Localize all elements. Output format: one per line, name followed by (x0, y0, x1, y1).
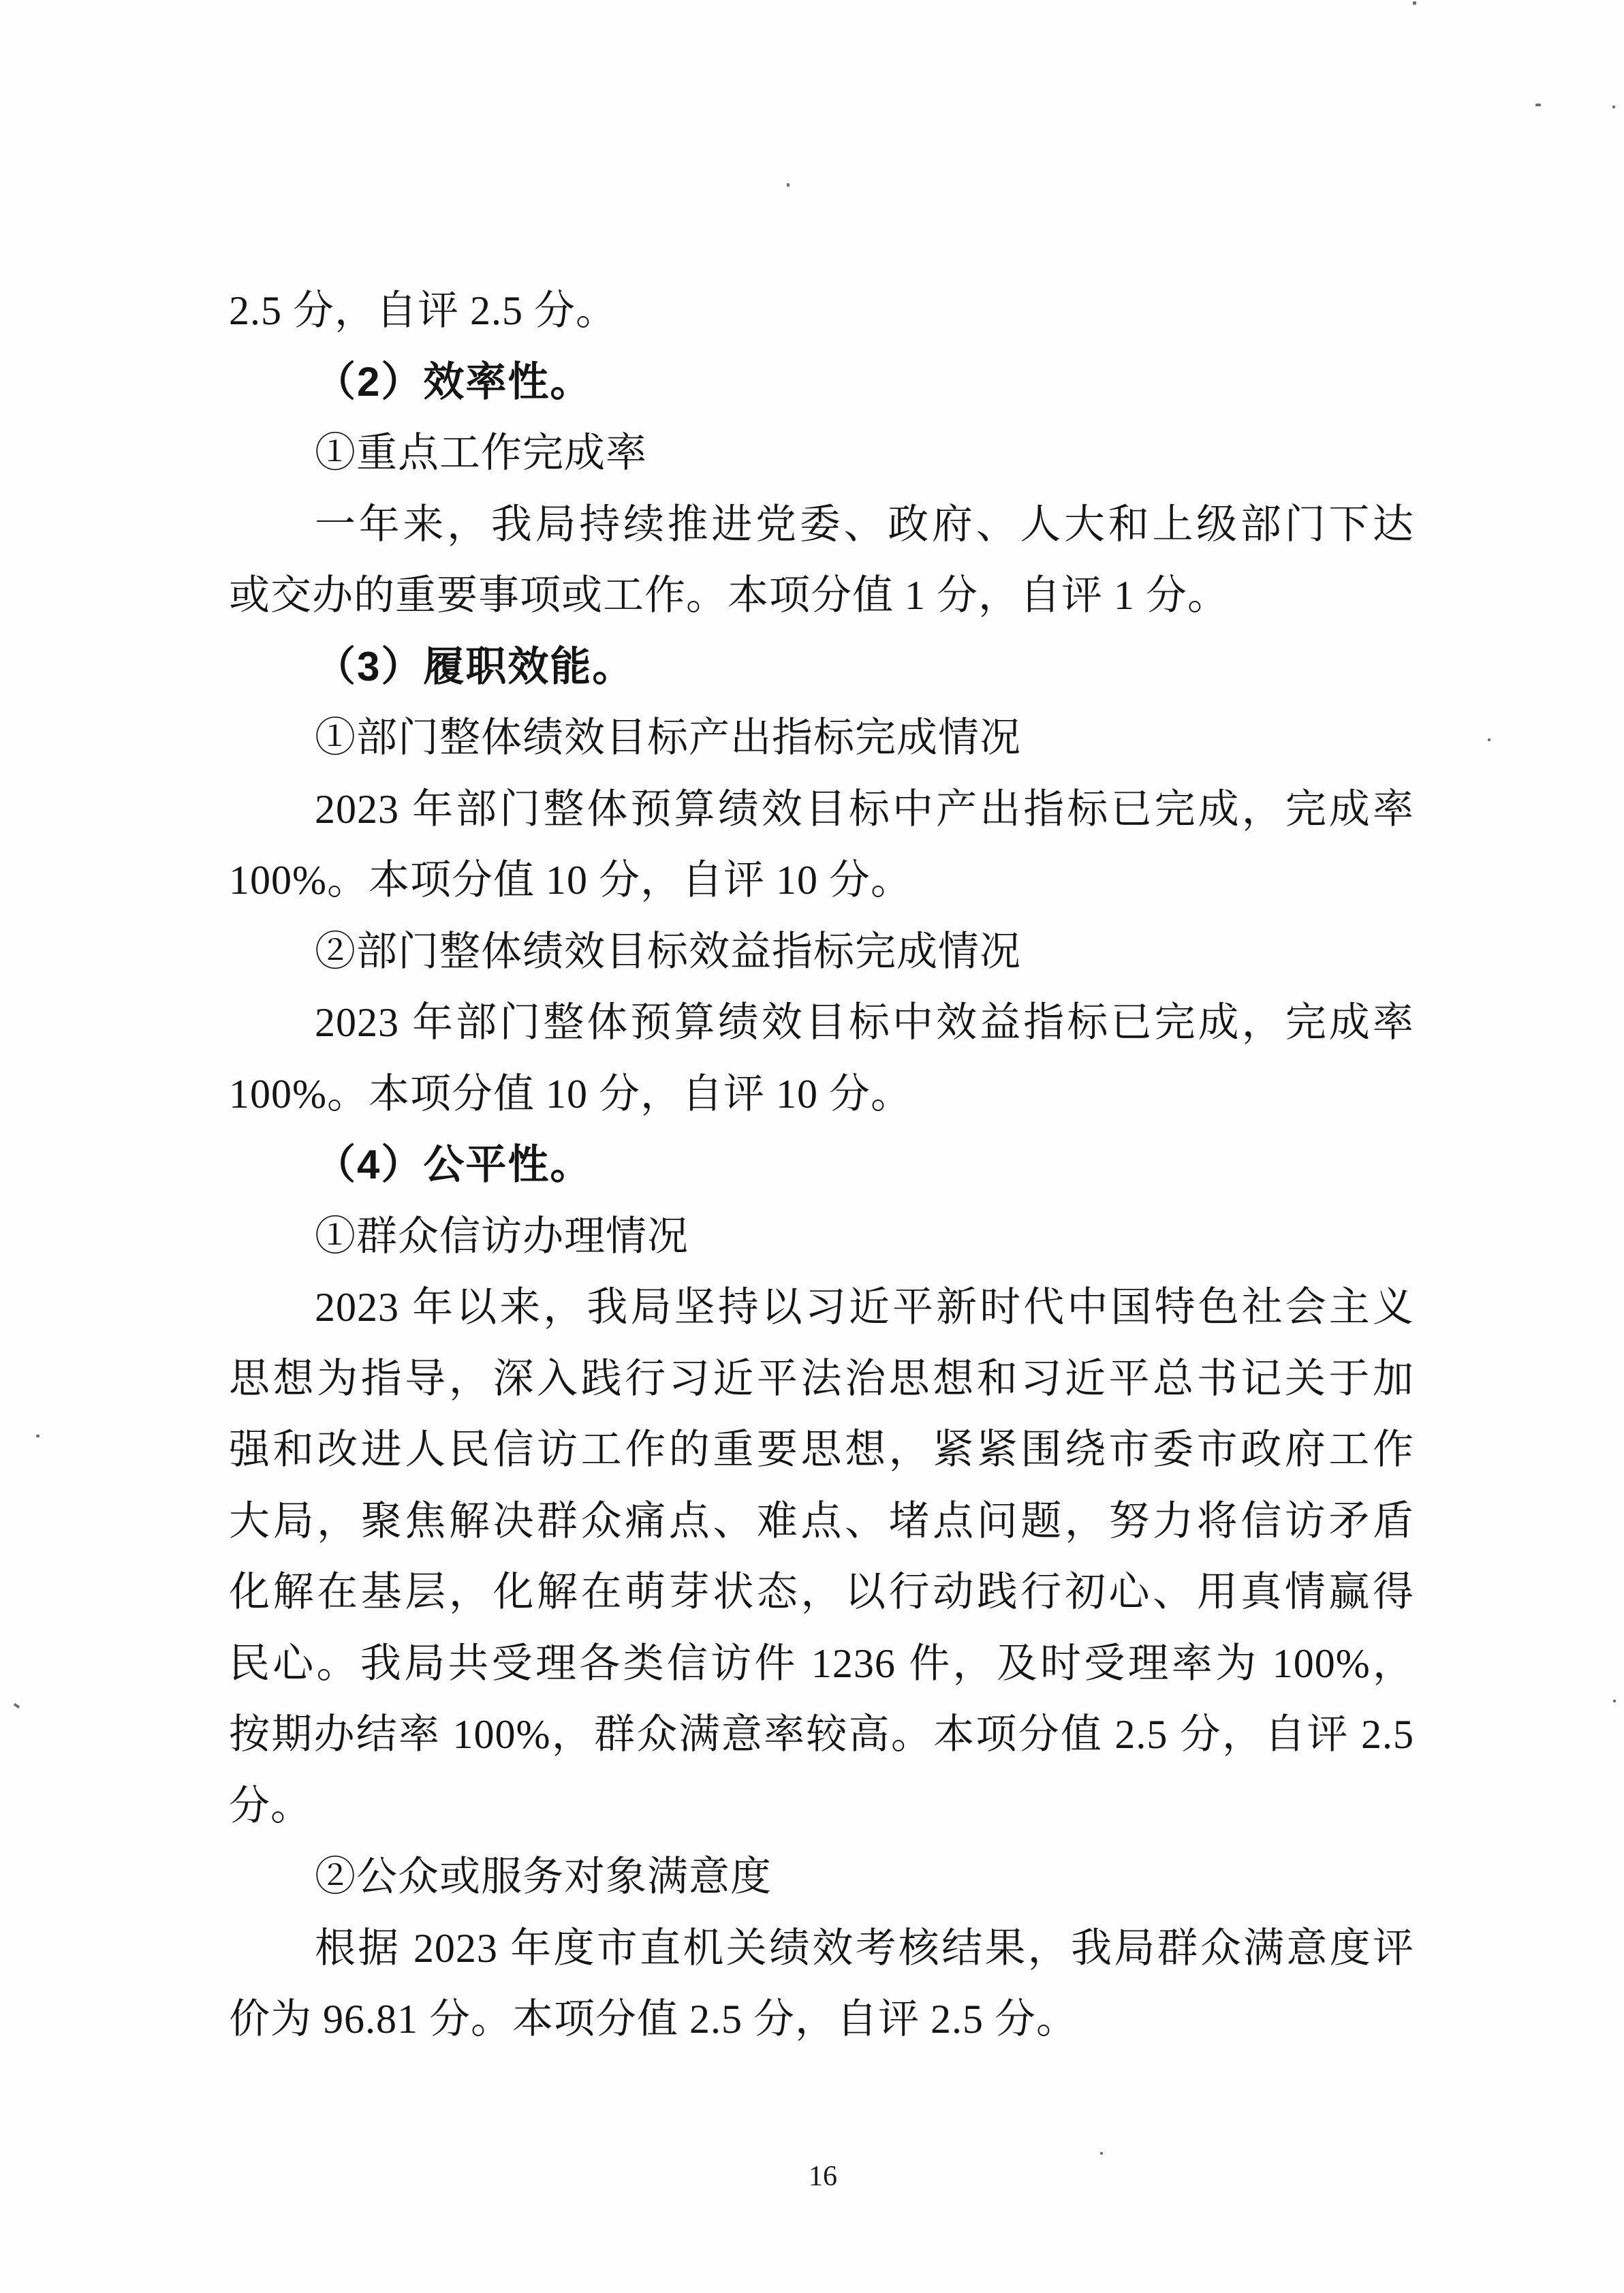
text-line: ②部门整体绩效目标效益指标完成情况 (229, 916, 1414, 988)
heading-fairness: （4）公平性。 (229, 1129, 1414, 1201)
text-line: ①部门整体绩效目标产出指标完成情况 (229, 702, 1414, 774)
text-line: ②公众或服务对象满意度 (229, 1841, 1414, 1913)
scan-speckle (36, 1435, 40, 1437)
heading-duty-performance: （3）履职效能。 (229, 631, 1414, 703)
text-line: 2023 年以来，我局坚持以习近平新时代中国特色社会主义 (229, 1272, 1414, 1343)
text-line: 或交办的重要事项或工作。本项分值 1 分，自评 1 分。 (229, 560, 1414, 631)
text-line: ①重点工作完成率 (229, 418, 1414, 489)
text-line: 2023 年部门整体预算绩效目标中效益指标已完成，完成率 (229, 987, 1414, 1059)
text-line: 强和改进人民信访工作的重要思想，紧紧围绕市委市政府工作 (229, 1414, 1414, 1486)
text-line: 100%。本项分值 10 分，自评 10 分。 (229, 1059, 1414, 1130)
text-line: 思想为指导，深入践行习近平法治思想和习近平总书记关于加 (229, 1343, 1414, 1415)
text-line: 2023 年部门整体预算绩效目标中产出指标已完成，完成率 (229, 774, 1414, 845)
scan-speckle (1488, 738, 1490, 741)
scan-speckle (1612, 106, 1615, 108)
text-line: ①群众信访办理情况 (229, 1201, 1414, 1273)
text-line: 100%。本项分值 10 分，自评 10 分。 (229, 845, 1414, 916)
text-line: 大局，聚焦解决群众痛点、难点、堵点问题，努力将信访矛盾 (229, 1486, 1414, 1557)
text-line: 按期办结率 100%，群众满意率较高。本项分值 2.5 分，自评 2.5 (229, 1699, 1414, 1771)
scan-speckle (1535, 104, 1541, 106)
text-line: 根据 2023 年度市直机关绩效考核结果，我局群众满意度评 (229, 1913, 1414, 1984)
scan-speckle (1413, 1, 1416, 5)
text-line: 民心。我局共受理各类信访件 1236 件，及时受理率为 100%， (229, 1628, 1414, 1700)
text-line: 分。 (229, 1771, 1414, 1842)
document-page: 2.5 分，自评 2.5 分。 （2）效率性。 ①重点工作完成率 一年来，我局持… (0, 0, 1624, 2293)
text-line: 2.5 分，自评 2.5 分。 (229, 275, 1414, 347)
scan-speckle (787, 183, 790, 187)
page-number: 16 (11, 2153, 1624, 2200)
text-line: 化解在基层，化解在萌芽状态，以行动践行初心、用真情赢得 (229, 1557, 1414, 1628)
text-line: 价为 96.81 分。本项分值 2.5 分，自评 2.5 分。 (229, 1984, 1414, 2055)
scan-speckle (1613, 1700, 1616, 1702)
text-line: 一年来，我局持续推进党委、政府、人大和上级部门下达 (229, 489, 1414, 561)
scan-speckle (1100, 2152, 1103, 2155)
scan-speckle (14, 1703, 20, 1709)
page-body-text: 2.5 分，自评 2.5 分。 （2）效率性。 ①重点工作完成率 一年来，我局持… (229, 275, 1414, 2055)
heading-efficiency: （2）效率性。 (229, 347, 1414, 418)
